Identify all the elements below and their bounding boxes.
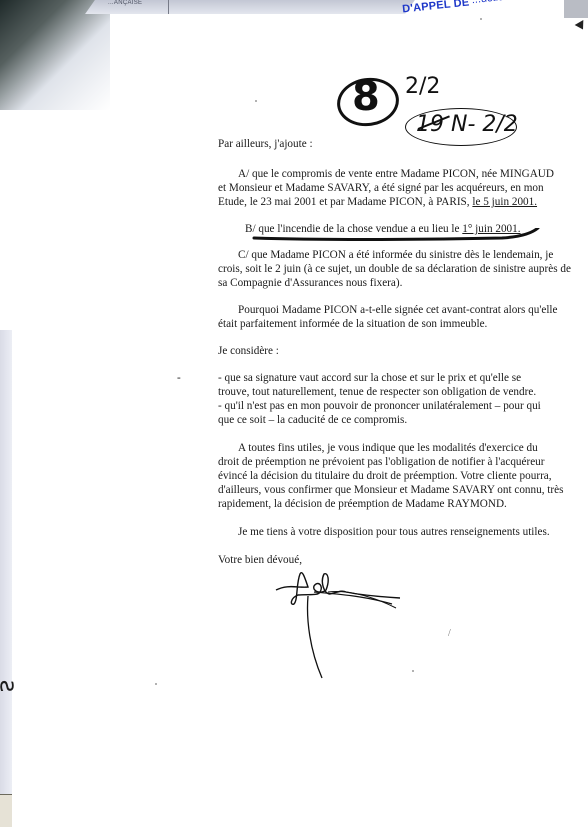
scan-speck	[480, 18, 482, 20]
point-a-line-3: Etude, le 23 mai 2001 et par Madame PICO…	[218, 195, 537, 210]
letter-intro: Par ailleurs, j'ajoute :	[218, 137, 313, 152]
preemption-line-5: rapidement, la décision de préemption de…	[218, 497, 507, 512]
point-c-line-2: crois, soit le 2 juin (à ce sujet, un do…	[218, 262, 571, 277]
point-c-line-3: sa Compagnie d'Assurances nous fixera).	[218, 276, 402, 291]
scan-speck	[155, 683, 157, 685]
preemption-line-3: évincé la décision du titulaire du droit…	[218, 469, 552, 484]
preemption-line-2: droit de préemption ne prévoient pas l'o…	[218, 455, 545, 470]
scan-speck	[412, 670, 414, 672]
consideration-1-line-2: trouve, tout naturellement, tenue de res…	[218, 385, 536, 400]
point-a-line-3-text: Etude, le 23 mai 2001 et par Madame PICO…	[218, 196, 472, 208]
availability-sentence: Je me tiens à votre disposition pour tou…	[238, 525, 550, 540]
consideration-1-line-1: - que sa signature vaut accord sur la ch…	[218, 371, 521, 386]
question-line-1: Pourquoi Madame PICON a-t-elle signée ce…	[238, 303, 558, 318]
stray-mark: /	[448, 626, 451, 641]
preemption-line-4: d'ailleurs, vous confirmer que Monsieur …	[218, 483, 563, 498]
point-c-line-1: C/ que Madame PICON a été informée du si…	[238, 248, 553, 263]
point-a-line-2: et Monsieur et Madame SAVARY, a été sign…	[218, 181, 544, 196]
closing-salutation: Votre bien dévoué,	[218, 553, 302, 568]
point-a-line-1: A/ que le compromis de vente entre Madam…	[238, 167, 554, 182]
signature	[268, 570, 408, 680]
letter-body: Par ailleurs, j'ajoute : A/ que le compr…	[0, 0, 588, 827]
handwritten-underline-stroke	[252, 228, 542, 242]
preemption-line-1: A toutes fins utiles, je vous indique qu…	[238, 441, 538, 456]
consideration-2-line-2: que ce soit – la caducité de ce compromi…	[218, 413, 407, 428]
consider-heading: Je considère :	[218, 344, 279, 359]
signature-date: le 5 juin 2001.	[472, 196, 537, 208]
question-line-2: était parfaitement informée de la situat…	[218, 317, 487, 332]
scan-speck	[255, 100, 257, 102]
consideration-2-line-1: - qu'il n'est pas en mon pouvoir de pron…	[218, 399, 541, 414]
stray-dash: -	[177, 371, 181, 386]
